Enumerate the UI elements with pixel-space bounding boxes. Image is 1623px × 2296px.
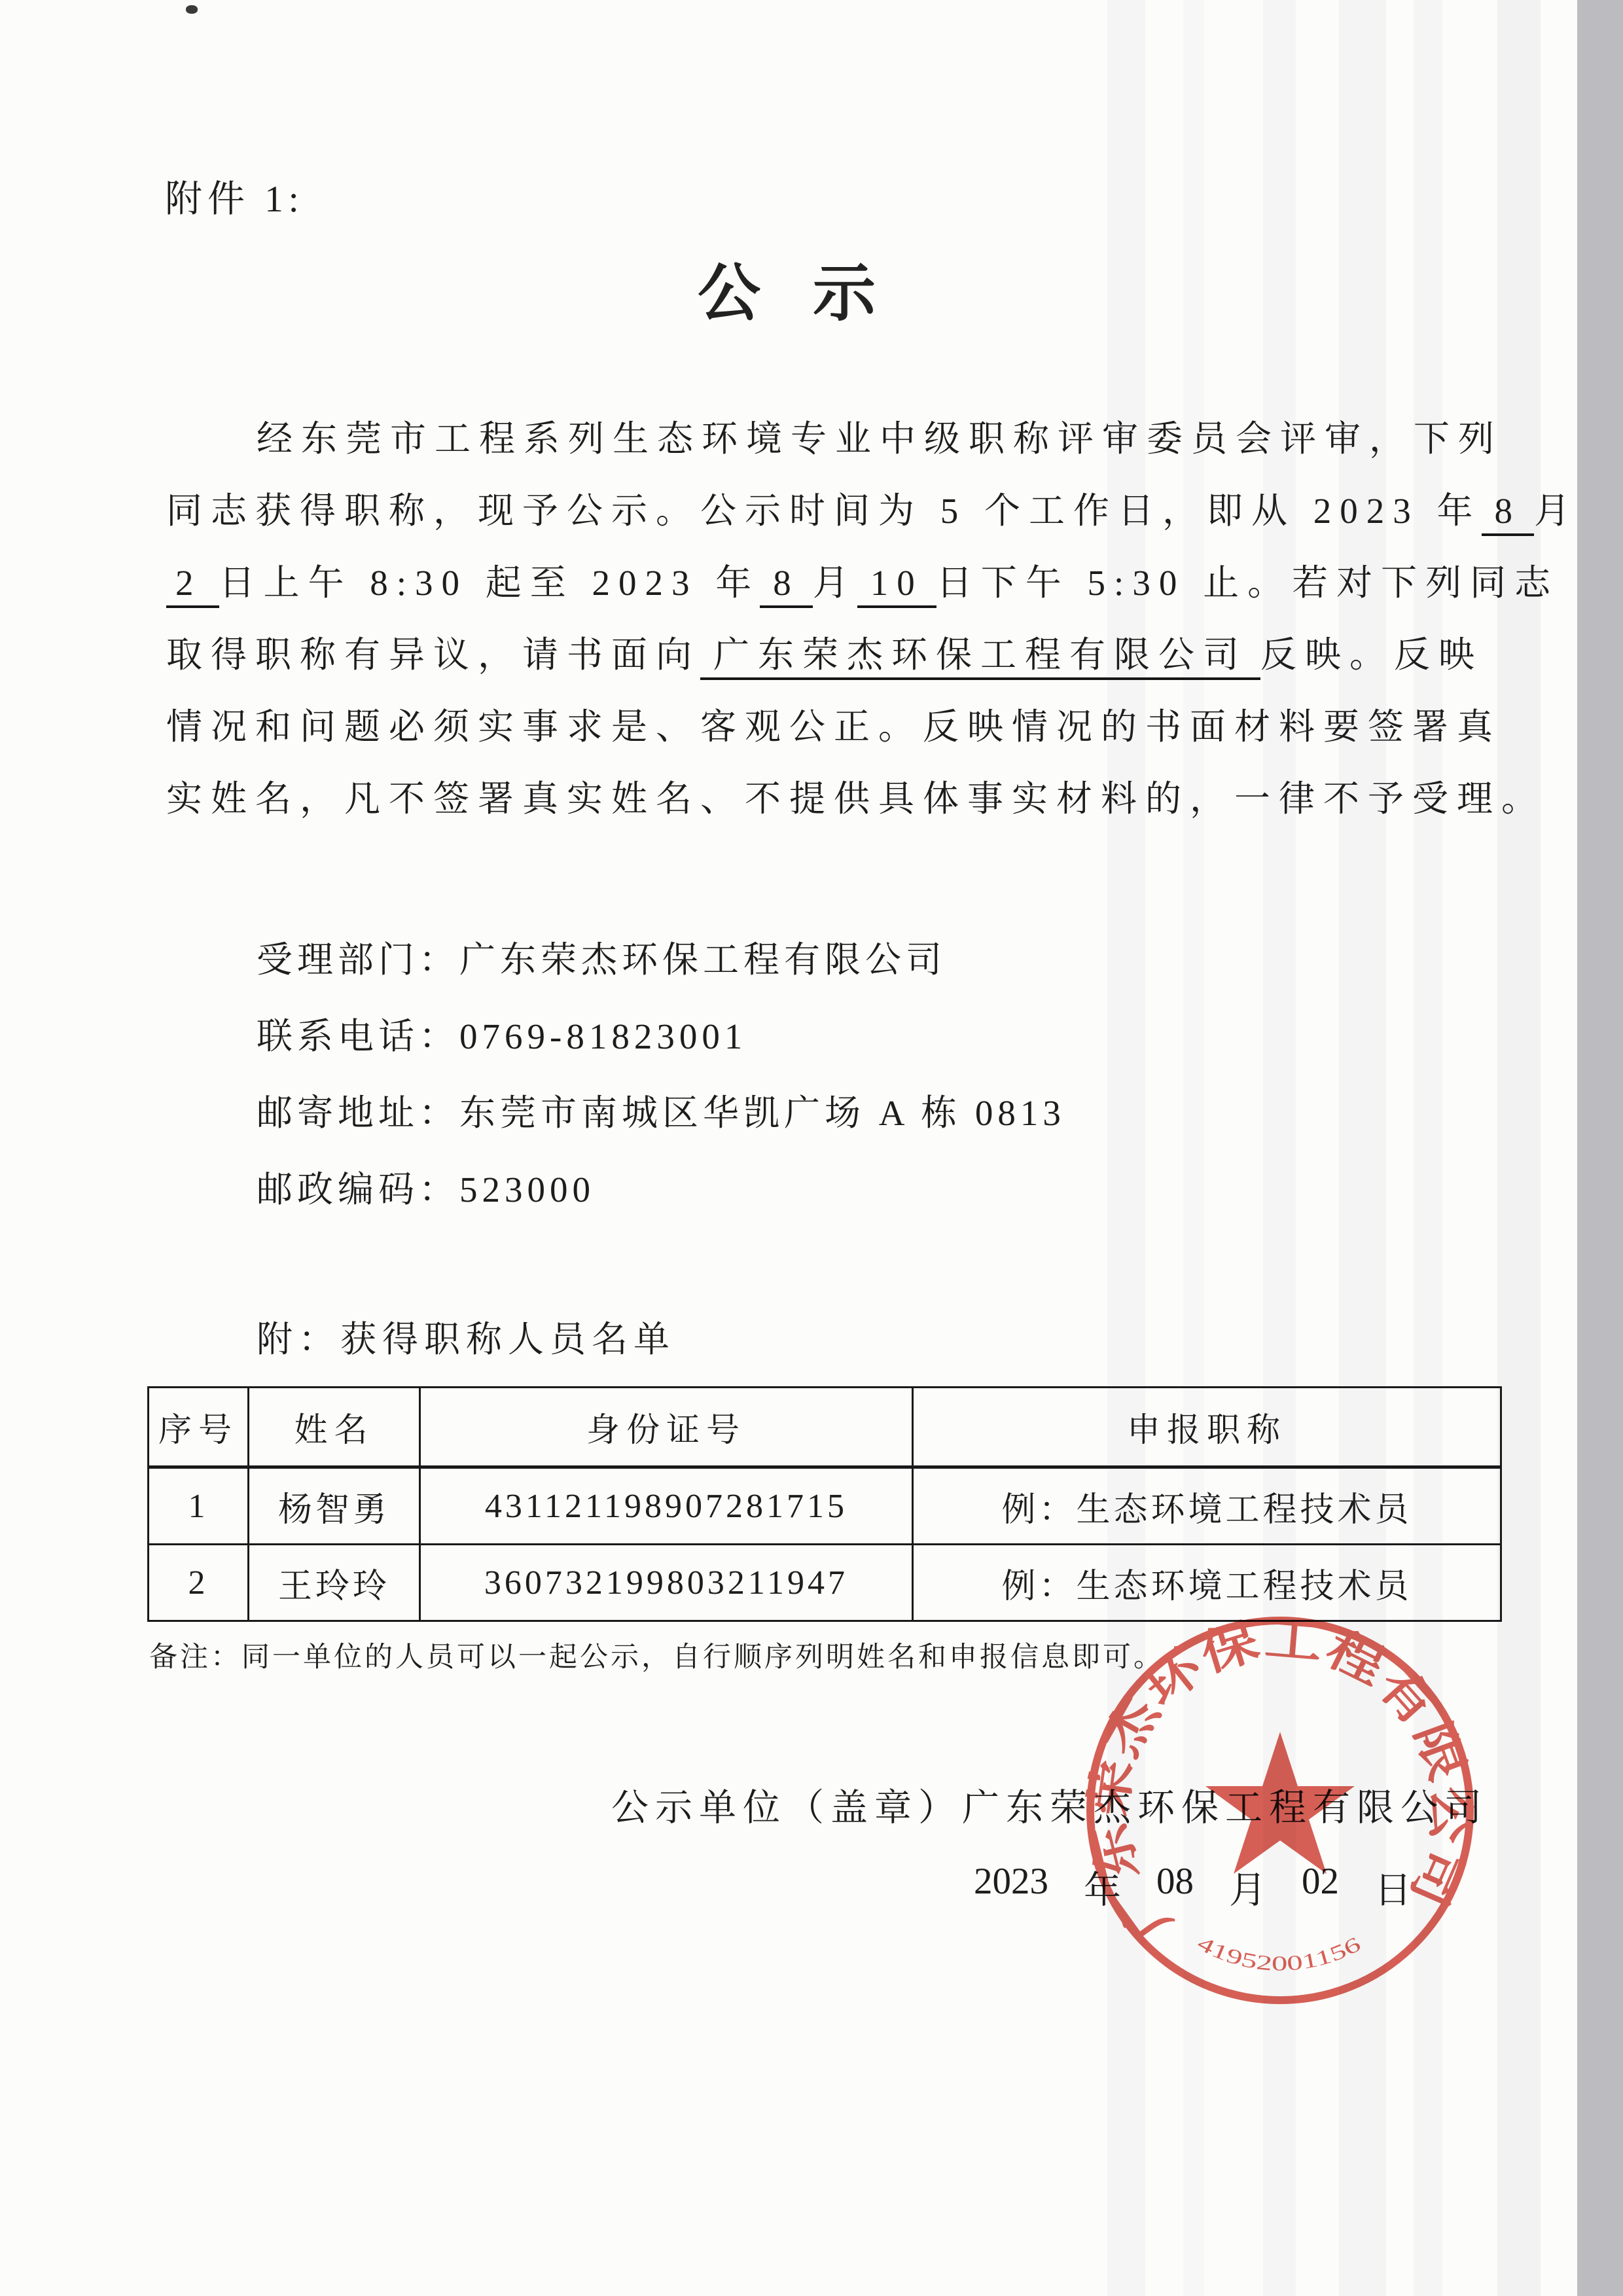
table-row: 2 王玲玲 360732199803211947 例：生态环境工程技术员 [149, 1545, 1501, 1621]
date-month-value: 08 [1156, 1860, 1194, 1914]
attachment-number: 附件 1: [165, 169, 304, 223]
cell-name: 杨智勇 [249, 1467, 420, 1545]
underlined-month-value: 8 [760, 563, 813, 608]
col-header-name: 姓名 [249, 1388, 420, 1467]
contact-block: 受理部门：广东荣杰环保工程有限公司 联系电话：0769-81823001 邮寄地… [257, 922, 1065, 1228]
underlined-day-value: 10 [857, 563, 936, 608]
scan-streak [1183, 0, 1204, 2296]
underlined-company-name: 广东荣杰环保工程有限公司 [700, 635, 1260, 680]
date-month-label: 月 [1229, 1860, 1266, 1914]
date-day-value: 02 [1302, 1860, 1339, 1914]
date-day-label: 日 [1374, 1860, 1412, 1914]
scan-streak [1414, 0, 1442, 2296]
scan-speck [186, 5, 198, 14]
date-year-label: 年 [1084, 1860, 1121, 1914]
cell-declared-title: 例：生态环境工程技术员 [912, 1467, 1501, 1545]
roster-table: 序号 姓名 身份证号 申报职称 1 杨智勇 431121198907281715… [147, 1386, 1502, 1622]
contact-line-postcode: 邮政编码：523000 [257, 1151, 1065, 1228]
contact-line-department: 受理部门：广东荣杰环保工程有限公司 [257, 922, 1065, 998]
table-header-row: 序号 姓名 身份证号 申报职称 [149, 1388, 1501, 1467]
contact-line-address: 邮寄地址：东莞市南城区华凯广场 A 栋 0813 [257, 1075, 1065, 1151]
scan-streak [1339, 0, 1386, 2296]
underlined-day-value: 2 [166, 563, 219, 608]
notice-line: 情况和问题必须实事求是、客观公正。反映情况的书面材料要签署真 [166, 691, 1514, 763]
notice-line: 经东莞市工程系列生态环境专业中级职称评审委员会评审，下列 [166, 403, 1514, 475]
issue-date-line: 2023 年 08 月 02 日 [974, 1860, 1412, 1914]
notice-line: 同志获得职称，现予公示。公示时间为 5 个工作日，即从 2023 年8月 [166, 475, 1514, 547]
roster-caption: 附：获得职称人员名单 [257, 1310, 675, 1362]
scan-streak [1263, 0, 1296, 2296]
remark-line: 备注：同一单位的人员可以一起公示，自行顺序列明姓名和申报信息即可。 [149, 1635, 1164, 1675]
col-header-id-number: 身份证号 [419, 1388, 912, 1467]
cell-declared-title: 例：生态环境工程技术员 [912, 1545, 1501, 1621]
document-page: 附件 1: 公 示 经东莞市工程系列生态环境专业中级职称评审委员会评审，下列 同… [0, 0, 1623, 2296]
scan-streak [1107, 0, 1145, 2296]
notice-line: 取得职称有异议，请书面向广东荣杰环保工程有限公司反映。反映 [166, 619, 1514, 691]
underlined-month-value: 8 [1482, 491, 1535, 536]
cell-name: 王玲玲 [249, 1545, 420, 1621]
cell-index: 1 [149, 1467, 249, 1545]
notice-line: 实姓名，凡不签署真实姓名、不提供具体事实材料的，一律不予受理。 [166, 763, 1514, 835]
cell-index: 2 [149, 1545, 249, 1621]
notice-body: 经东莞市工程系列生态环境专业中级职称评审委员会评审，下列 同志获得职称，现予公示… [166, 403, 1514, 835]
cell-id-number: 360732199803211947 [419, 1545, 912, 1621]
col-header-declared-title: 申报职称 [912, 1388, 1501, 1467]
page-title: 公 示 [0, 243, 1577, 333]
cell-id-number: 431121198907281715 [419, 1467, 912, 1545]
table-row: 1 杨智勇 431121198907281715 例：生态环境工程技术员 [149, 1467, 1501, 1545]
scan-edge-strip [1577, 0, 1623, 2296]
contact-line-phone: 联系电话：0769-81823001 [257, 998, 1065, 1075]
date-year-value: 2023 [974, 1860, 1048, 1914]
issuer-line: 公示单位（盖章）广东荣杰环保工程有限公司 [611, 1778, 1488, 1831]
scan-streak [1497, 0, 1541, 2296]
col-header-index: 序号 [149, 1388, 249, 1467]
notice-line: 2日上午 8:30 起至 2023 年8月10日下午 5:30 止。若对下列同志 [166, 547, 1514, 619]
